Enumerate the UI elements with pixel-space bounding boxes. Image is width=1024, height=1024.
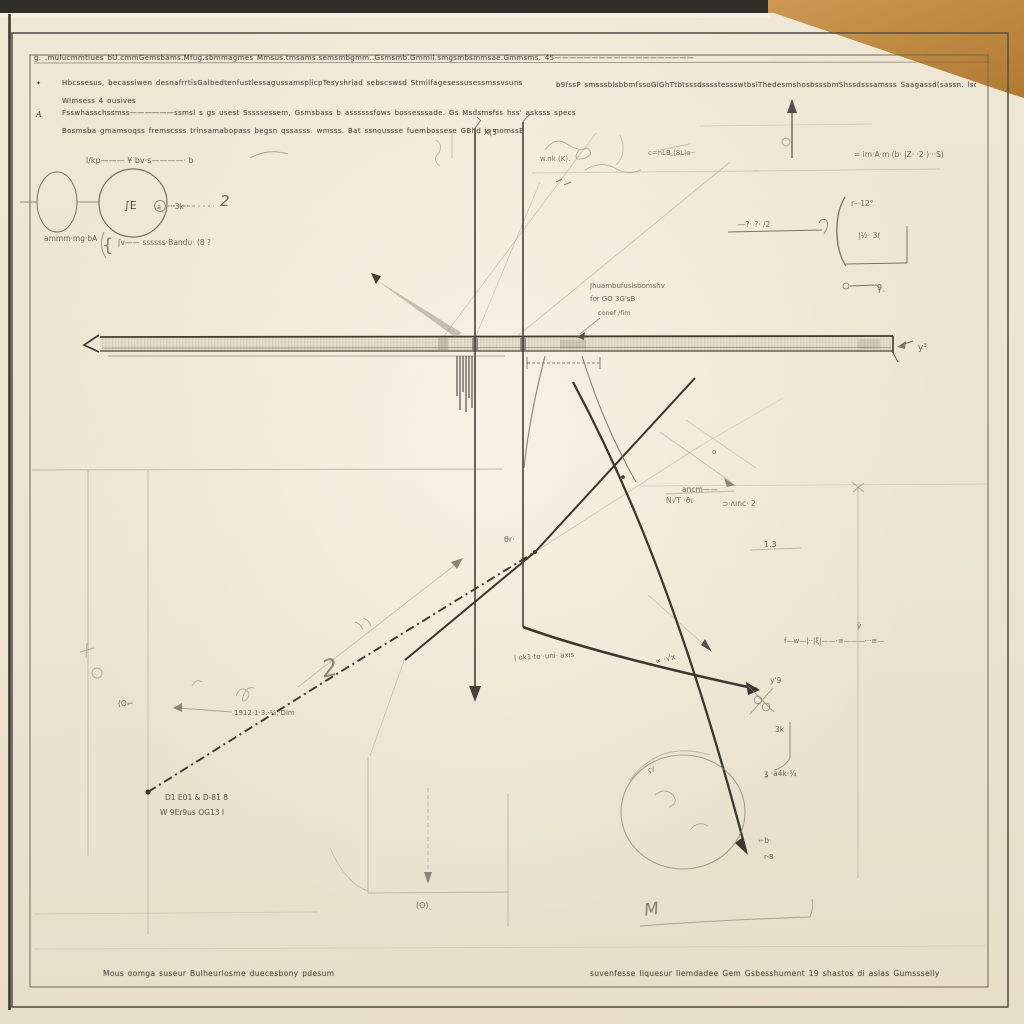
annotation-mid-note-3: conef /fim <box>598 309 631 317</box>
sketch-drawing: l/kp——— ¥ bv·s————· b ∫E a ··3k···· 2 am… <box>0 0 1024 1024</box>
annotation-mid-note-1: Jhuambufuslsbomshv <box>589 282 665 290</box>
arrow-elbow <box>746 682 760 695</box>
big-paren <box>837 197 846 266</box>
theta-doodle <box>819 219 828 234</box>
annotation-texts: l/kp——— ¥ bv·s————· b ∫E a ··3k···· 2 am… <box>44 128 944 921</box>
annotation-theta: θr· <box>504 535 515 544</box>
dashed-chain-line <box>148 552 535 792</box>
sketch-right-formulas <box>728 99 907 770</box>
arrow-light-upright <box>451 558 463 569</box>
annotation-brace: { <box>102 235 113 256</box>
bottom-right-circle <box>621 755 745 869</box>
annotation-r12: r–·12° <box>851 199 874 208</box>
small-ellipse <box>37 172 77 232</box>
annotation-formula-right: = im·A·m (b· |Z· ·2·)···S) <box>854 150 944 159</box>
annotation-circled-a: a <box>157 203 161 211</box>
annotation-nvt: N√T ·ϑι <box>666 496 693 505</box>
annotation-circle-formula: l/kp——— ¥ bv·s————· b <box>86 156 194 165</box>
annotation-dot-label-2: W 9Er9us OG13 I <box>160 808 224 817</box>
annotation-nine: 9ˎ <box>877 283 886 292</box>
dashed-line-origin-dot <box>145 789 150 794</box>
annotation-integral: ∫E <box>124 199 137 212</box>
page-frame <box>12 33 1008 1007</box>
annotation-scribble-1: w.nk (K). <box>540 155 570 163</box>
annotation-line2: ⊃·ʌınc· 2 <box>722 499 756 508</box>
annotation-q-half: —?· ?· /2 <box>738 220 771 229</box>
heavy-diagonal-steep <box>573 382 746 851</box>
item-text-line-2: Bosmsba gmamsoqss fremscsss trinsamabopa… <box>62 127 672 136</box>
annotation-small-oc: (ʘ⌐ <box>118 699 133 708</box>
item-marker-a: A <box>36 110 42 119</box>
dark-comb-hatch <box>457 356 472 412</box>
vertical-arrow-down <box>469 686 481 702</box>
outer-border <box>12 33 1008 1007</box>
top-ruled-text-line: g. .mulucmmtiues bU.cmmGemsbams.Mfug.sbm… <box>34 54 984 63</box>
scissor-doodle <box>748 686 774 714</box>
arrow-up-left <box>371 273 381 284</box>
sketch-axes <box>469 114 531 702</box>
annotation-3k: ··3k···· <box>170 202 193 211</box>
annotation-scribble-2: c=nLB (8L)s <box>648 149 691 157</box>
annotation-dot-label-1: D1 E01 & D-81 8 <box>165 793 228 802</box>
shaded-sliver <box>375 279 462 337</box>
item-text-line-1: Fsswhasschssmss——————ssmsl s gs usest Ss… <box>62 109 712 118</box>
annotation-c-inner: ϛl <box>648 766 654 774</box>
sketch-doodles <box>80 132 813 926</box>
annotation-elbow-tag: y'9 <box>770 676 782 685</box>
annotation-small-o: ᴏ <box>712 448 716 456</box>
annotation-3k-right: 3k <box>775 725 785 734</box>
up-arrow-head <box>787 99 797 113</box>
scanned-sketch-page: l/kp——— ¥ bv·s————· b ∫E a ··3k···· 2 am… <box>0 0 1024 1024</box>
beam-left-arrow <box>84 335 99 352</box>
bullet-marker: ✦ <box>36 80 41 87</box>
annotation-below-right: ʃv—— ssssss·Bandu· (8 ? <box>117 238 211 247</box>
annotation-below-left: ammm·mg·bA <box>44 234 98 243</box>
footer-right-text: suvenfesse liquesur liemdadee Gem Gsbess… <box>590 969 985 978</box>
inner-border <box>30 55 988 987</box>
right-note-text: b9fssP smsssblsbbmfssoGlGhTtbtsssdsssste… <box>556 81 976 90</box>
arrow-small-mid <box>701 639 712 652</box>
annotation-big-curl: 2 <box>319 653 340 684</box>
sketch-diagonals <box>145 378 760 884</box>
annotation-one-three: 1.3 <box>764 540 777 549</box>
arrow-dim-label <box>173 703 182 712</box>
arrow-dashed-vertical <box>424 872 432 884</box>
heavy-diagonal-shallow <box>405 378 695 660</box>
page-top-margin <box>0 13 770 18</box>
annotation-dim-label: 1912·1·3.·⅔ˌ·Dim <box>234 709 295 717</box>
annotation-f-row: f—w—|··|ξ|——·≡———···≡— <box>784 637 884 645</box>
annotation-axis-label: | ok1·to ·uni· axıs <box>514 651 575 662</box>
annotation-beam-y3: y³ <box>918 343 927 353</box>
spring-doodle <box>236 688 254 702</box>
annotation-m-sketch: M <box>643 899 661 921</box>
angle-ticks <box>355 618 371 630</box>
annotation-ancm: ancm—— <box>682 485 718 494</box>
annotation-rb: ⌐b· <box>758 836 771 845</box>
annotation-r8: r-8 <box>764 853 773 861</box>
bullet-subline: Wimsess 4 ousives <box>62 97 262 106</box>
sketch-beam <box>84 335 913 362</box>
annotation-sqrt-x: ∝ ·√x <box>654 652 676 666</box>
annotation-y-tick: ÿ <box>857 622 861 630</box>
annotation-mid-note-2: for GO 3G'sB <box>590 295 635 303</box>
sketch-beam-details <box>371 273 636 482</box>
annotation-circ2: (ʘ)ˎ <box>416 901 433 910</box>
m-underline <box>640 899 813 926</box>
beam-right-small-arrow <box>897 341 906 349</box>
annotation-a4k: ʓ ·a4k·¾ <box>764 769 797 778</box>
annotation-half3: |½· 3( <box>858 231 880 240</box>
footer-left-text: Mous oomga suseur Bulheurlosme duecesbon… <box>103 969 403 978</box>
annotation-curl-2: 2 <box>220 192 230 210</box>
